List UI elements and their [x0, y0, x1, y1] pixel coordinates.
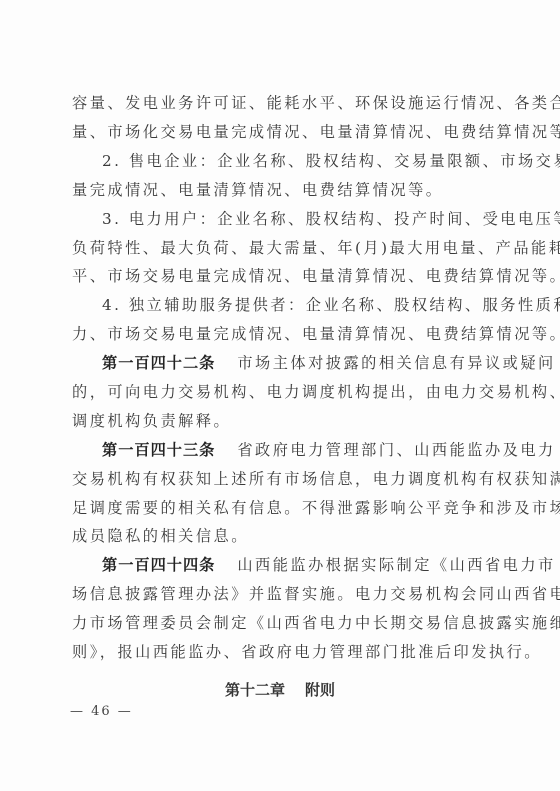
page-number: — 46 —	[70, 704, 133, 719]
text-line: 负荷特性、最大负荷、最大需量、年(月)最大用电量、产品能耗水	[72, 238, 490, 258]
text-line: 场信息披露管理办法》并监督实施。电力交易机构会同山西省电	[72, 584, 490, 604]
article-heading: 第一百四十二条	[102, 354, 215, 372]
text-line: 力市场管理委员会制定《山西省电力中长期交易信息披露实施细	[72, 613, 490, 633]
article-text: 山西能监办根据实际制定《山西省电力市	[237, 556, 555, 574]
text-line: 2. 售电企业：企业名称、股权结构、交易量限额、市场交易电	[102, 151, 490, 171]
article-text: 省政府电力管理部门、山西能监办及电力	[237, 441, 555, 459]
article-heading: 第一百四十三条	[102, 441, 215, 459]
text-line: 量、市场化交易电量完成情况、电量清算情况、电费结算情况等。	[72, 122, 490, 142]
text-line: 容量、发电业务许可证、能耗水平、环保设施运行情况、各类合同电	[72, 93, 490, 113]
text-line: 调度机构负责解释。	[72, 411, 490, 431]
text-line: 平、市场交易电量完成情况、电量清算情况、电费结算情况等。	[72, 266, 490, 286]
article-heading: 第一百四十四条	[102, 556, 215, 574]
chapter-number: 第十二章	[225, 681, 285, 699]
document-page: 容量、发电业务许可证、能耗水平、环保设施运行情况、各类合同电 量、市场化交易电量…	[0, 0, 560, 791]
article-143: 第一百四十三条省政府电力管理部门、山西能监办及电力	[102, 440, 490, 460]
chapter-title: 附则	[305, 681, 335, 699]
article-144: 第一百四十四条山西能监办根据实际制定《山西省电力市	[102, 555, 490, 575]
article-text: 市场主体对披露的相关信息有异议或疑问	[237, 354, 555, 372]
text-line: 力、市场交易电量完成情况、电量清算情况、电费结算情况等。	[72, 324, 490, 344]
text-line: 3. 电力用户：企业名称、股权结构、投产时间、受电电压等级、	[102, 209, 490, 229]
text-line: 的，可向电力交易机构、电力调度机构提出，由电力交易机构、电力	[72, 382, 490, 402]
chapter-heading: 第十二章附则	[0, 679, 560, 700]
text-line: 量完成情况、电量清算情况、电费结算情况等。	[72, 180, 490, 200]
article-142: 第一百四十二条市场主体对披露的相关信息有异议或疑问	[102, 353, 490, 373]
text-line: 成员隐私的相关信息。	[72, 526, 490, 546]
text-line: 足调度需要的相关私有信息。不得泄露影响公平竞争和涉及市场	[72, 498, 490, 518]
text-line: 交易机构有权获知上述所有市场信息，电力调度机构有权获知满	[72, 469, 490, 489]
text-line: 则》，报山西能监办、省政府电力管理部门批准后印发执行。	[72, 642, 490, 662]
text-line: 4. 独立辅助服务提供者：企业名称、股权结构、服务性质和能	[102, 295, 490, 315]
